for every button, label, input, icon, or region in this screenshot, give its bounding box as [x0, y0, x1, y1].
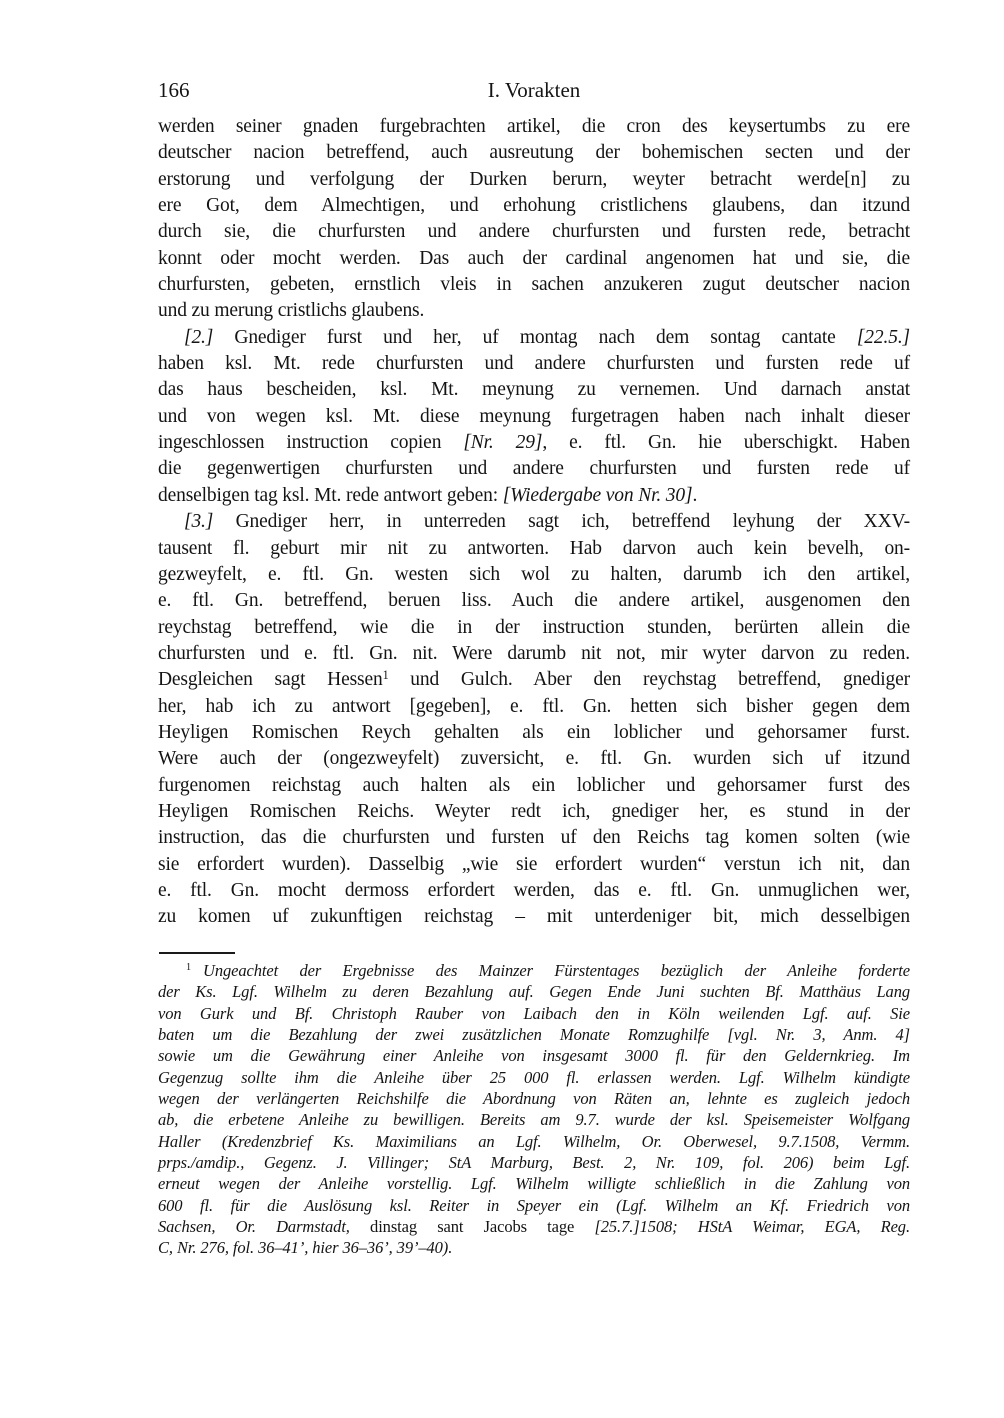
text-line: [3.] Gnediger herr, in unterreden sagt i…	[158, 509, 910, 535]
footnote-separator	[159, 952, 235, 954]
footnote-reference: 1	[186, 962, 191, 973]
text-line: Heyligen Romischen Reych gehalten als ei…	[158, 720, 910, 746]
text-line: Desgleichen sagt Hessen1 und Gulch. Aber…	[158, 667, 910, 693]
footnote-line: Haller (Kredenzbrief Ks. Maximilians an …	[158, 1131, 910, 1152]
footnote-block: 1Ungeachtet der Ergebnisse des Mainzer F…	[158, 960, 910, 1259]
footnote-line: von Gurk und Bf. Christoph Rauber von La…	[158, 1003, 910, 1024]
footnote-line: Gegenzug sollte ihm die Anleihe über 25 …	[158, 1067, 910, 1088]
text-line: churfursten und e. ftl. Gn. nit. Were da…	[158, 641, 910, 667]
text-line: e. ftl. Gn. mocht dermoss erfordert werd…	[158, 878, 910, 904]
footnote-line: baten um die Bezahlung der zwei zusätzli…	[158, 1024, 910, 1045]
text-line: werden seiner gnaden furgebrachten artik…	[158, 114, 910, 140]
footnote-reference: 1	[383, 668, 389, 682]
text-line: her, hab ich zu antwort [gegeben], e. ft…	[158, 694, 910, 720]
footnote-line: prps./amdip., Gegenz. J. Villinger; StA …	[158, 1152, 910, 1173]
text-line: erstorung und verfolgung der Durken beru…	[158, 167, 910, 193]
book-page: 166 I. Vorakten werden seiner gnaden fur…	[0, 0, 1004, 1418]
text-line: Heyligen Romischen Reichs. Weyter redt i…	[158, 799, 910, 825]
body-paragraph: werden seiner gnaden furgebrachten artik…	[158, 114, 910, 325]
text-line: durch sie, die churfursten und andere ch…	[158, 219, 910, 245]
text-line: ingeschlossen instruction copien [Nr. 29…	[158, 430, 910, 456]
text-line: churfursten, gebeten, ernstlich vleis in…	[158, 272, 910, 298]
footnote-line: Sachsen, Or. Darmstadt, dinstag sant Jac…	[158, 1216, 910, 1237]
body-paragraph: [2.] Gnediger furst und her, uf montag n…	[158, 325, 910, 509]
footnote-line: C, Nr. 276, fol. 36–41’, hier 36–36’, 39…	[158, 1237, 910, 1258]
footnote-line: erneut wegen der Anleihe vorstellig. Lgf…	[158, 1173, 910, 1194]
text-line: ere Got, dem Almechtigen, und erhohung c…	[158, 193, 910, 219]
text-line: haben ksl. Mt. rede churfursten und ande…	[158, 351, 910, 377]
text-line: deutscher nacion betreffend, auch ausreu…	[158, 140, 910, 166]
footnote-line: ab, die erbetene Anleihe zu bewilligen. …	[158, 1109, 910, 1130]
text-line: das haus bescheiden, ksl. Mt. meynung zu…	[158, 377, 910, 403]
text-line: Were auch der (ongezweyfelt) zuversicht,…	[158, 746, 910, 772]
text-line: reychstag betreffend, wie die in der ins…	[158, 615, 910, 641]
text-line: e. ftl. Gn. betreffend, beruen liss. Auc…	[158, 588, 910, 614]
text-line: die gegenwertigen churfursten und andere…	[158, 456, 910, 482]
text-line: zu komen uf zukunftigen reichstag – mit …	[158, 904, 910, 930]
text-line: [2.] Gnediger furst und her, uf montag n…	[158, 325, 910, 351]
footnote-line: 600 fl. für die Auslösung ksl. Reiter in…	[158, 1195, 910, 1216]
running-header: 166 I. Vorakten	[158, 78, 910, 106]
text-line: tausent fl. geburt mir nit zu antworten.…	[158, 536, 910, 562]
body-paragraph: [3.] Gnediger herr, in unterreden sagt i…	[158, 509, 910, 931]
footnote-line: der Ks. Lgf. Wilhelm zu deren Bezahlung …	[158, 981, 910, 1002]
footnote-line: 1Ungeachtet der Ergebnisse des Mainzer F…	[158, 960, 910, 981]
text-line: gezweyfelt, e. ftl. Gn. westen sich wol …	[158, 562, 910, 588]
footnote: 1Ungeachtet der Ergebnisse des Mainzer F…	[158, 960, 910, 1259]
main-text-block: werden seiner gnaden furgebrachten artik…	[158, 114, 910, 931]
running-title: I. Vorakten	[158, 78, 910, 103]
text-line: furgenomen reichstag auch halten als ein…	[158, 773, 910, 799]
text-line: und von wegen ksl. Mt. diese meynung fur…	[158, 404, 910, 430]
text-line: konnt oder mocht werden. Das auch der ca…	[158, 246, 910, 272]
text-line: denselbigen tag ksl. Mt. rede antwort ge…	[158, 483, 910, 509]
footnote-line: sowie um die Gewährung einer Anleihe von…	[158, 1045, 910, 1066]
text-line: instruction, das die churfursten und fur…	[158, 825, 910, 851]
text-line: sie erfordert wurden). Dasselbig „wie si…	[158, 852, 910, 878]
text-line: und zu merung cristlichs glaubens.	[158, 298, 910, 324]
footnote-line: wegen der verlängerten Reichshilfe die A…	[158, 1088, 910, 1109]
